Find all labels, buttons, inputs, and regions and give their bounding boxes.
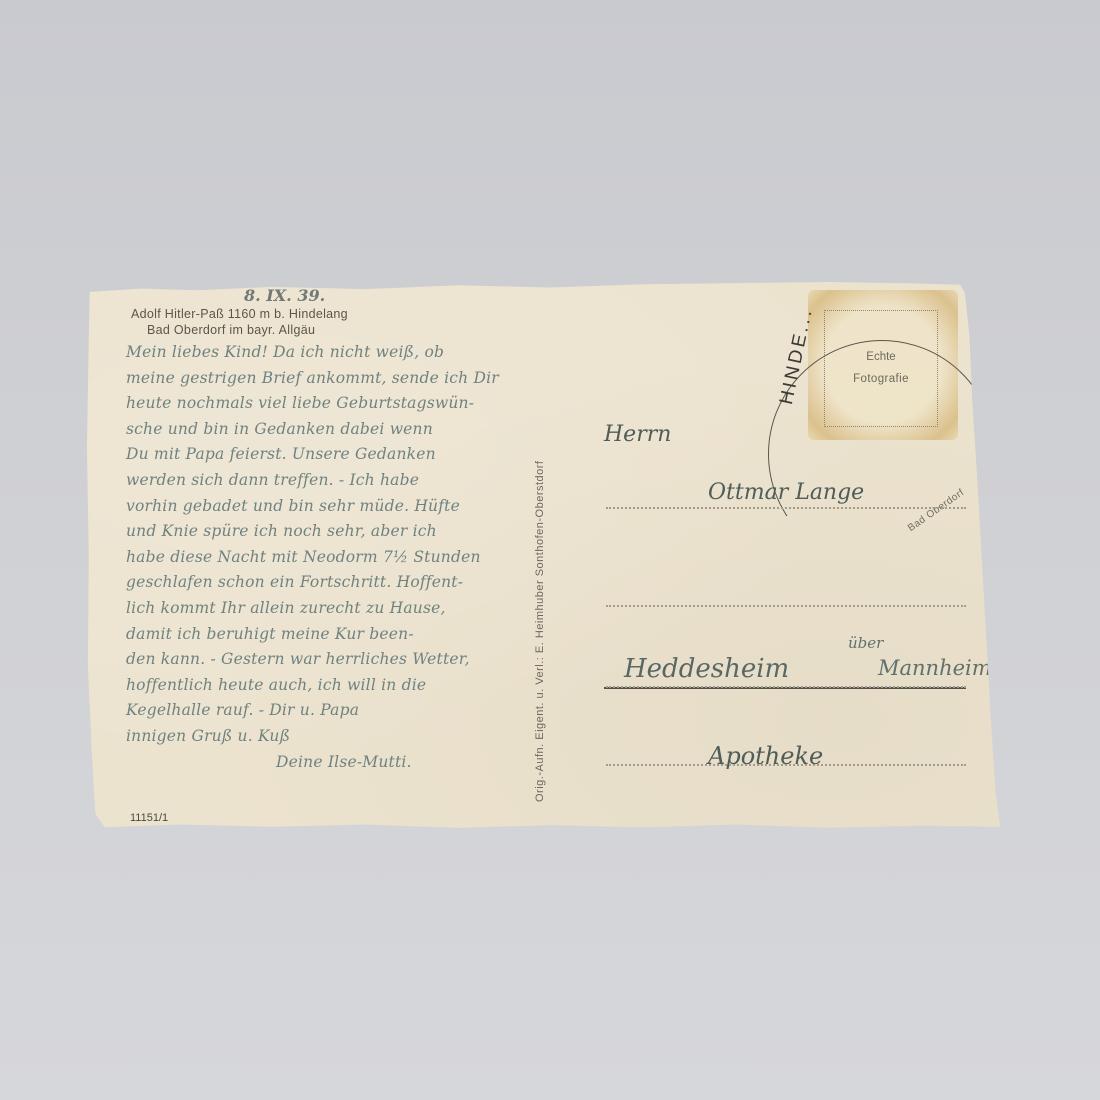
message-line: werden sich dann treffen. - Ich habe <box>126 468 546 494</box>
postcard: 8. IX. 39. Adolf Hitler-Paß 1160 m b. Hi… <box>86 282 1016 830</box>
address-city: Heddesheim <box>624 654 789 684</box>
publisher-credit: Orig.-Aufn. Eigent. u. Verl.: E. Heimhub… <box>534 461 546 803</box>
printed-caption: Adolf Hitler-Paß 1160 m b. Hindelang Bad… <box>131 306 348 338</box>
address-via: über <box>848 634 883 652</box>
message-line: lich kommt Ihr allein zurecht zu Hause, <box>126 596 546 622</box>
message-line: geschlafen schon ein Fortschritt. Hoffen… <box>126 570 546 596</box>
message-signature: Deine Ilse-Mutti. <box>126 750 546 776</box>
address-line-3 <box>606 686 966 688</box>
address-name: Ottmar Lange <box>708 480 864 505</box>
caption-line-2: Bad Oberdorf im bayr. Allgäu <box>131 322 348 338</box>
address-line-1 <box>606 507 966 509</box>
caption-line-1: Adolf Hitler-Paß 1160 m b. Hindelang <box>131 306 348 322</box>
message-line: Kegelhalle rauf. - Dir u. Papa <box>126 698 546 724</box>
address-line-2 <box>606 605 966 607</box>
message-line: sche und bin in Gedanken dabei wenn <box>126 417 546 443</box>
message-line: und Knie spüre ich noch sehr, aber ich <box>126 519 546 545</box>
handwritten-message: Mein liebes Kind! Da ich nicht weiß, ob … <box>126 340 546 775</box>
message-line: innigen Gruß u. Kuß <box>126 724 546 750</box>
message-line: Du mit Papa feierst. Unsere Gedanken <box>126 442 546 468</box>
message-line: Mein liebes Kind! Da ich nicht weiß, ob <box>126 340 546 366</box>
address-region: Mannheim !! <box>878 656 1015 680</box>
message-line: damit ich beruhigt meine Kur been- <box>126 622 546 648</box>
message-line: hoffentlich heute auch, ich will in die <box>126 673 546 699</box>
message-line: vorhin gebadet und bin sehr müde. Hüfte <box>126 494 546 520</box>
message-line: den kann. - Gestern war herrliches Wette… <box>126 647 546 673</box>
address-salutation: Herrn <box>604 422 671 447</box>
message-line: meine gestrigen Brief ankommt, sende ich… <box>126 366 546 392</box>
message-line: heute nochmals viel liebe Geburtstagswün… <box>126 391 546 417</box>
postmark-partial-text: Bad Oberdorf <box>906 487 966 534</box>
message-line: habe diese Nacht mit Neodorm 7½ Stunden <box>126 545 546 571</box>
serial-number: 11151/1 <box>130 812 168 824</box>
handwritten-date: 8. IX. 39. <box>244 286 325 305</box>
address-line-4 <box>606 764 966 766</box>
